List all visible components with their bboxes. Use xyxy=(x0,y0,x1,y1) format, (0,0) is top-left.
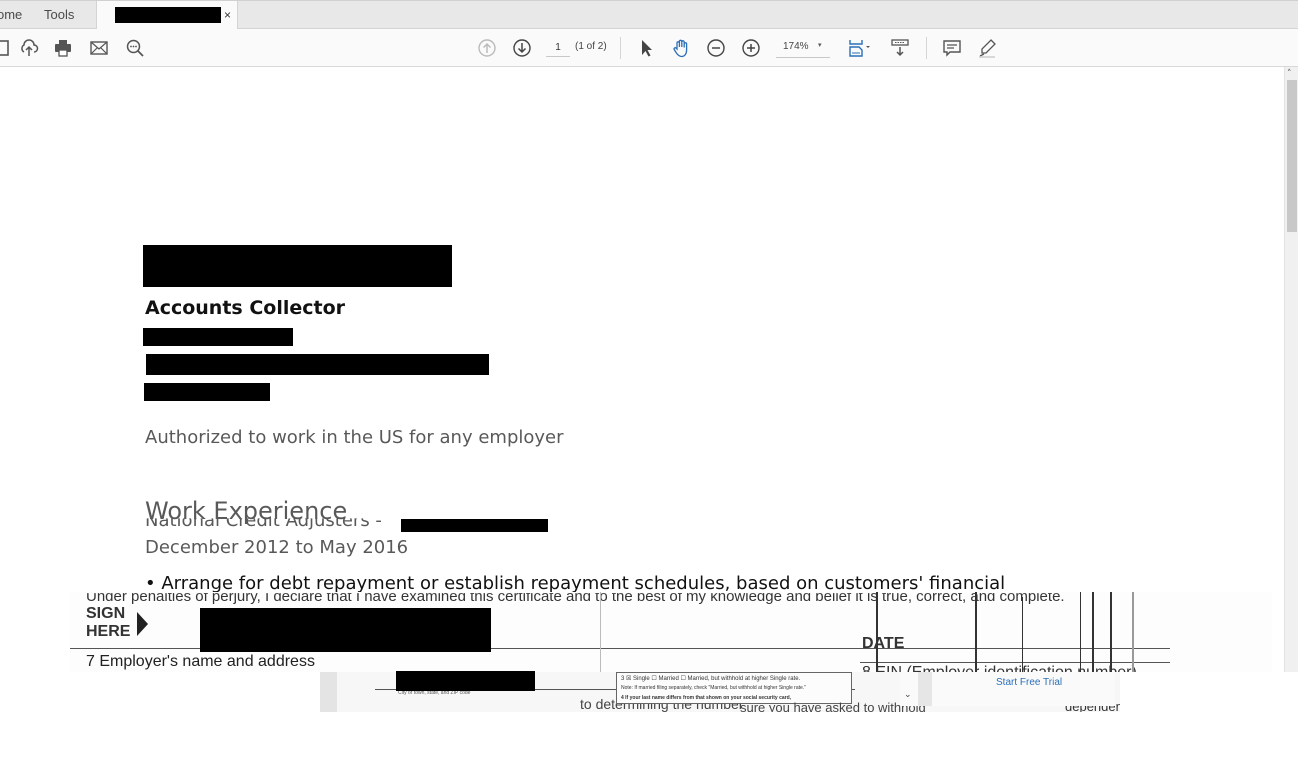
page-count: (1 of 2) xyxy=(575,41,607,52)
scan-artifact-line xyxy=(1092,592,1094,672)
location-redacted xyxy=(143,328,293,346)
employer-field-label: 7 Employer's name and address xyxy=(86,653,315,671)
sign-arrow-icon xyxy=(137,612,148,636)
scan-artifact-line xyxy=(600,592,601,672)
select-tool-icon[interactable] xyxy=(635,37,657,59)
vertical-scrollbar[interactable]: ˄ xyxy=(1284,67,1298,672)
upload-icon[interactable] xyxy=(18,37,40,59)
start-free-trial-link[interactable]: Start Free Trial xyxy=(996,677,1062,688)
print-icon[interactable] xyxy=(52,37,74,59)
sign-label: SIGN xyxy=(86,605,125,623)
ein-field-label: 8 EIN (Employer identification number) xyxy=(862,664,1137,672)
employer-location-redacted xyxy=(401,519,548,532)
chevron-down-icon[interactable]: ⌄ xyxy=(904,690,912,700)
tab-tools[interactable]: Tools xyxy=(44,1,94,29)
address-redacted xyxy=(396,671,535,691)
tab-home[interactable]: ome xyxy=(0,1,41,29)
toolbar-divider xyxy=(620,37,621,59)
page-number-input[interactable] xyxy=(546,39,570,57)
tab-bar: ome Tools × xyxy=(0,0,1298,29)
search-icon[interactable] xyxy=(124,37,146,59)
work-authorization: Authorized to work in the US for any emp… xyxy=(145,427,564,448)
email-icon[interactable] xyxy=(88,37,110,59)
scrollbar-thumb[interactable] xyxy=(1287,80,1297,232)
scan-artifact-line xyxy=(975,592,977,672)
document-title-redacted xyxy=(115,7,221,23)
scroll-up-icon[interactable]: ˄ xyxy=(1287,69,1292,79)
zoom-out-icon[interactable] xyxy=(705,37,727,59)
previous-page-icon[interactable] xyxy=(476,37,498,59)
scan-artifact-line xyxy=(1022,597,1023,672)
trial-banner: ⌄ Start Free Trial xyxy=(900,672,1115,706)
employment-dates: December 2012 to May 2016 xyxy=(145,537,408,558)
hand-tool-icon[interactable] xyxy=(670,37,692,59)
next-page-icon[interactable] xyxy=(511,37,533,59)
phone-redacted xyxy=(144,383,270,401)
zoom-level-value: 174% xyxy=(783,41,809,52)
comment-icon[interactable] xyxy=(941,37,963,59)
email-redacted xyxy=(146,354,489,375)
perjury-statement: Under penalties of perjury, I declare th… xyxy=(86,592,1065,605)
scan-artifact-line xyxy=(1132,592,1134,672)
create-icon[interactable] xyxy=(0,37,14,59)
job-duty-bullet: • Arrange for debt repayment or establis… xyxy=(145,573,1005,594)
scan-artifact-line xyxy=(876,592,878,672)
scan-artifact-line xyxy=(1110,592,1112,672)
toolbar: (1 of 2) 174% ▾ xyxy=(0,29,1298,67)
scan-artifact-line xyxy=(1080,592,1081,672)
here-label: HERE xyxy=(86,623,130,641)
scroll-mode-icon[interactable] xyxy=(889,37,911,59)
filing-status-options: 3 ☒ Single ☐ Married ☐ Married, but with… xyxy=(621,675,800,682)
name-redacted xyxy=(143,245,452,287)
highlight-icon[interactable] xyxy=(976,37,998,59)
filing-note: Note: If married filing separately, chec… xyxy=(621,685,806,691)
form-margin xyxy=(320,672,337,712)
sure-text: sure you have asked to withhold xyxy=(740,700,926,712)
zoom-in-icon[interactable] xyxy=(740,37,762,59)
tab-document[interactable]: × xyxy=(96,1,238,30)
form-rule xyxy=(860,662,1170,663)
fit-page-icon[interactable] xyxy=(845,37,875,59)
close-tab-button[interactable]: × xyxy=(224,1,231,29)
banner-divider xyxy=(918,672,932,706)
job-title: Accounts Collector xyxy=(145,297,345,319)
date-label: DATE xyxy=(862,635,904,653)
toolbar-divider xyxy=(926,37,927,59)
signature-redacted xyxy=(200,608,491,652)
section-heading: Work Experience xyxy=(145,497,347,525)
chevron-down-icon: ▾ xyxy=(818,41,822,49)
zoom-level-dropdown[interactable]: 174% ▾ xyxy=(776,38,830,58)
